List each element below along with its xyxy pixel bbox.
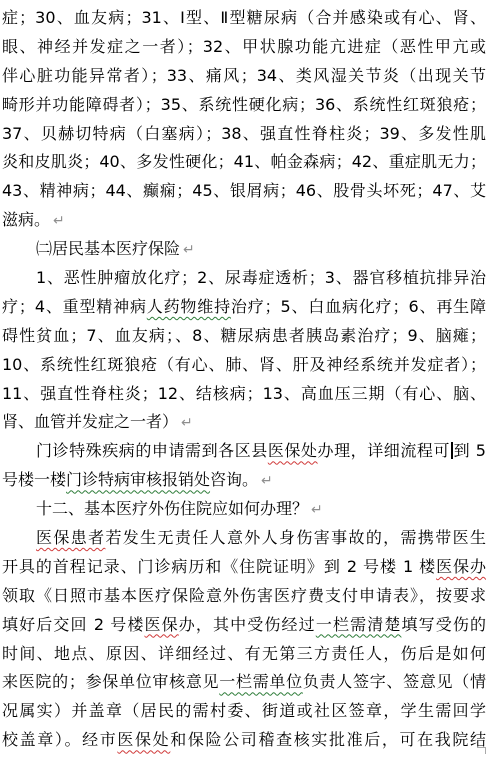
document-body[interactable]: 症；30、血友病；31、Ⅰ型、Ⅱ型糖尿病（合并感染或有心、肾、眼、神经并发症之一… — [0, 0, 488, 757]
text-line: 号楼一楼门诊特病审核报销处咨询。↵ — [2, 466, 486, 495]
text-line: 畸形并功能障碍者）；35、系统性硬化病；36、系统性红斑狼疮； — [2, 91, 486, 120]
text-run: 办，其中受伤经过 — [179, 615, 316, 634]
text-run: 肾、血管并发症之一者） — [2, 412, 178, 431]
text-run: 疗；4、重型精神病 — [2, 297, 147, 316]
text-run: 时间、地点、原因、详细经过、有无第三方责任人，伤后是如何 — [2, 644, 486, 663]
text-line: 肾、血管并发症之一者）↵ — [2, 408, 486, 437]
text-run: 门诊特殊疾病的申请需到各区县 — [36, 441, 268, 460]
text-line: 37、贝赫切特病（白塞病）；38、强直性脊柱炎；39、多发性肌 — [2, 120, 486, 149]
text-run: 医保处 — [117, 730, 170, 749]
page-corner-mark — [477, 747, 486, 754]
text-run: 医保处 — [268, 441, 318, 460]
text-run: 滋病。 — [2, 210, 50, 229]
text-line: 炎和皮肌炎；40、多发性硬化；41、帕金森病；42、重症肌无力； — [2, 148, 486, 177]
paragraph-mark-icon: ↵ — [308, 502, 323, 518]
text-line: 眼、神经并发症之一者）；32、甲状腺功能亢进症（恶性甲亢或 — [2, 33, 486, 62]
text-run: 碍性贫血；7、血友病；、8、糖尿病患者胰岛素治疗；9、脑瘫； — [2, 326, 486, 345]
text-run: 负责人签字、签意见（情 — [303, 672, 486, 691]
text-run: 到 5 — [453, 441, 486, 460]
text-run: 号楼一楼 — [2, 470, 66, 489]
text-line: 时间、地点、原因、详细经过、有无第三方责任人，伤后是如何 — [2, 640, 486, 669]
text-line: ㈡居民基本医疗保险↵ — [2, 235, 486, 264]
text-line: 症；30、血友病；31、Ⅰ型、Ⅱ型糖尿病（合并感染或有心、肾、 — [2, 4, 486, 33]
text-run: 门诊特病审核报销处 — [66, 470, 210, 489]
text-run: 十二、基本医疗外伤住院应如何办理？ — [36, 499, 308, 518]
text-run: 1、恶性肿瘤放化疗；2、尿毒症透析；3、器官移植抗排异治 — [36, 268, 486, 287]
text-run: 治疗；5、白血病化疗；6、再生障 — [231, 297, 486, 316]
text-run: 医保患者 — [36, 528, 105, 547]
text-line: 医保患者若发生无责任人意外人身伤害事故的，需携带医生 — [2, 524, 486, 553]
text-line: 碍性贫血；7、血友病；、8、糖尿病患者胰岛素治疗；9、脑瘫； — [2, 322, 486, 351]
text-line: 疗；4、重型精神病人药物维持治疗；5、白血病化疗；6、再生障 — [2, 293, 486, 322]
text-line: 来医院的；参保单位审核意见一栏需单位负责人签字、签意见（情 — [2, 668, 486, 697]
text-run: 咨询。 — [210, 470, 258, 489]
text-line: 开具的首程记录、门诊病历和《住院证明》到 2 号楼 1 楼医保办 — [2, 553, 486, 582]
text-run: 炎和皮肌炎；40、多发性硬化；41、帕金森病；42、重症肌无力； — [2, 152, 486, 171]
text-line: 43、精神病；44、癫痫；45、银屑病；46、股骨头坏死；47、艾 — [2, 177, 486, 206]
paragraph-mark-icon: ↵ — [180, 242, 195, 258]
text-run: 伴心脏功能异常者）；33、痛风；34、类风湿关节炎（出现关节 — [2, 66, 486, 85]
text-run: 医保 — [145, 615, 179, 634]
text-run: 若发生无责任人意外人身伤害事故的，需携带医生 — [105, 528, 486, 547]
text-run: 领取《日照市基本医疗保险意外伤害医疗费支付申请表》，按要求 — [2, 586, 486, 605]
text-run: 一栏需单位 — [219, 672, 303, 691]
text-run: 人药物维持 — [147, 297, 231, 316]
text-line: 况属实）并盖章（居民的需村委、街道或社区签章，学生需回学 — [2, 697, 486, 726]
paragraph-mark-icon: ↵ — [258, 473, 273, 489]
text-line: 10、系统性红斑狼疮（有心、肺、肾、肝及神经系统并发症者）； — [2, 351, 486, 380]
text-line: 填好后交回 2 号楼医保办，其中受伤经过一栏需清楚填写受伤的 — [2, 611, 486, 640]
paragraph-mark-icon: ↵ — [50, 213, 65, 229]
text-run: 11、强直性脊柱炎；12、结核病；13、高血压三期（有心、脑、 — [2, 384, 486, 403]
text-run: 和保险公司稽查核实批准后，可在我院结 — [170, 730, 486, 749]
text-run: 一栏需清楚 — [316, 615, 402, 634]
text-line: 十二、基本医疗外伤住院应如何办理？↵ — [2, 495, 486, 524]
text-run: 填写受伤的 — [401, 615, 486, 634]
text-run: 眼、神经并发症之一者）；32、甲状腺功能亢进症（恶性甲亢或 — [2, 37, 486, 56]
text-run: 症；30、血友病；31、Ⅰ型、Ⅱ型糖尿病（合并感染或有心、肾、 — [2, 8, 486, 27]
text-line: 门诊特殊疾病的申请需到各区县医保处办理，详细流程可到 5 — [2, 437, 486, 466]
text-line: 滋病。↵ — [2, 206, 486, 235]
text-run: 畸形并功能障碍者）；35、系统性硬化病；36、系统性红斑狼疮； — [2, 95, 486, 114]
text-run: 来医院的；参保单位审核意见 — [2, 672, 219, 691]
text-run: 医保办 — [436, 557, 486, 576]
text-line: 伴心脏功能异常者）；33、痛风；34、类风湿关节炎（出现关节 — [2, 62, 486, 91]
text-line: 1、恶性肿瘤放化疗；2、尿毒症透析；3、器官移植抗排异治 — [2, 264, 486, 293]
paragraph-mark-icon: ↵ — [178, 415, 193, 431]
text-run: 办理，详细流程可 — [318, 441, 450, 460]
text-line: 11、强直性脊柱炎；12、结核病；13、高血压三期（有心、脑、 — [2, 380, 486, 409]
text-run: 37、贝赫切特病（白塞病）；38、强直性脊柱炎；39、多发性肌 — [2, 124, 486, 143]
text-run: 况属实）并盖章（居民的需村委、街道或社区签章，学生需回学 — [2, 701, 486, 720]
text-line: 校盖章）。经市医保处和保险公司稽查核实批准后，可在我院结 — [2, 726, 486, 755]
text-run: 10、系统性红斑狼疮（有心、肺、肾、肝及神经系统并发症者）； — [2, 355, 486, 374]
text-run: ㈡居民基本医疗保险 — [36, 239, 180, 258]
text-run: 校盖章）。经市 — [2, 730, 117, 749]
text-line: 领取《日照市基本医疗保险意外伤害医疗费支付申请表》，按要求 — [2, 582, 486, 611]
text-run: 开具的首程记录、门诊病历和《住院证明》到 2 号楼 1 楼 — [2, 557, 436, 576]
text-run: 填好后交回 2 号楼 — [2, 615, 145, 634]
text-run: 43、精神病；44、癫痫；45、银屑病；46、股骨头坏死；47、艾 — [2, 181, 486, 200]
